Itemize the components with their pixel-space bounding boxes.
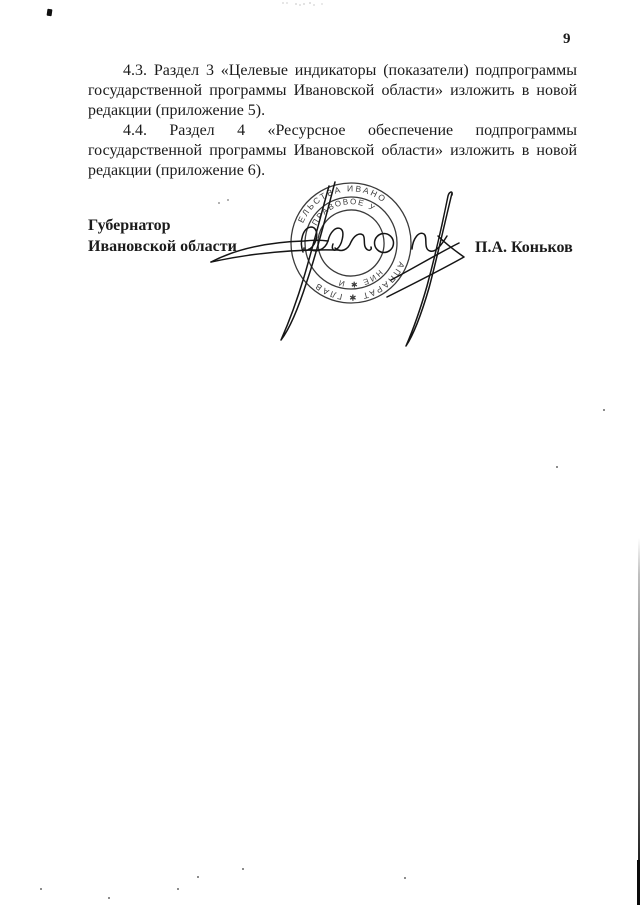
stamp-outer-bottom-text: АППАРАТ ✱ ГЛАВ	[310, 259, 413, 313]
signature-o-loop	[375, 234, 394, 253]
scan-speck	[404, 877, 406, 879]
scan-speck	[603, 409, 605, 411]
signature-long-stroke-right	[406, 192, 452, 346]
paragraph-4-4: 4.4. Раздел 4 «Ресурсное обеспечение под…	[88, 121, 577, 181]
paragraph-4-3: 4.3. Раздел 3 «Целевые индикаторы (показ…	[88, 61, 577, 121]
scan-speck	[197, 876, 199, 878]
signer-title-line2: Ивановской области	[88, 236, 237, 257]
stamp-inner-bottom-text: НИЕ ✱ И	[334, 267, 386, 294]
scan-speck	[108, 897, 110, 899]
scan-dots	[218, 199, 229, 204]
signer-title-line1: Губернатор	[88, 215, 237, 236]
page-number: 9	[563, 31, 571, 48]
signer-name: П.А. Коньков	[475, 239, 573, 257]
signature-y	[412, 233, 447, 251]
scan-speck	[242, 868, 244, 870]
signer-title: Губернатор Ивановской области	[88, 215, 237, 257]
document-page: 9 4.3. Раздел 3 «Целевые индикаторы (пок…	[0, 0, 640, 905]
scan-speck	[177, 888, 179, 890]
handwritten-signature	[211, 182, 464, 346]
round-stamp: ЕЛЬСТВА ИВАНО АППАРАТ ✱ ГЛАВ ПРАВОВОЕ У …	[278, 170, 423, 315]
scan-speck	[40, 888, 42, 890]
document-body: 4.3. Раздел 3 «Целевые индикаторы (показ…	[88, 61, 577, 181]
stamp-middle-circle	[295, 187, 407, 299]
stamp-outer-top-text: ЕЛЬСТВА ИВАНО	[290, 174, 391, 227]
scan-ink-speck	[47, 9, 53, 17]
signature-flourish	[387, 236, 464, 297]
scan-speck	[556, 466, 558, 468]
stamp-outer-circle	[278, 170, 423, 315]
stamp-inner-top-text: ПРАВОВОЕ У	[306, 190, 379, 229]
signature-loops	[301, 227, 371, 252]
scan-noise-top	[281, 1, 327, 7]
stamp-inner-circle	[311, 203, 391, 283]
signature-long-stroke-left	[281, 182, 335, 340]
